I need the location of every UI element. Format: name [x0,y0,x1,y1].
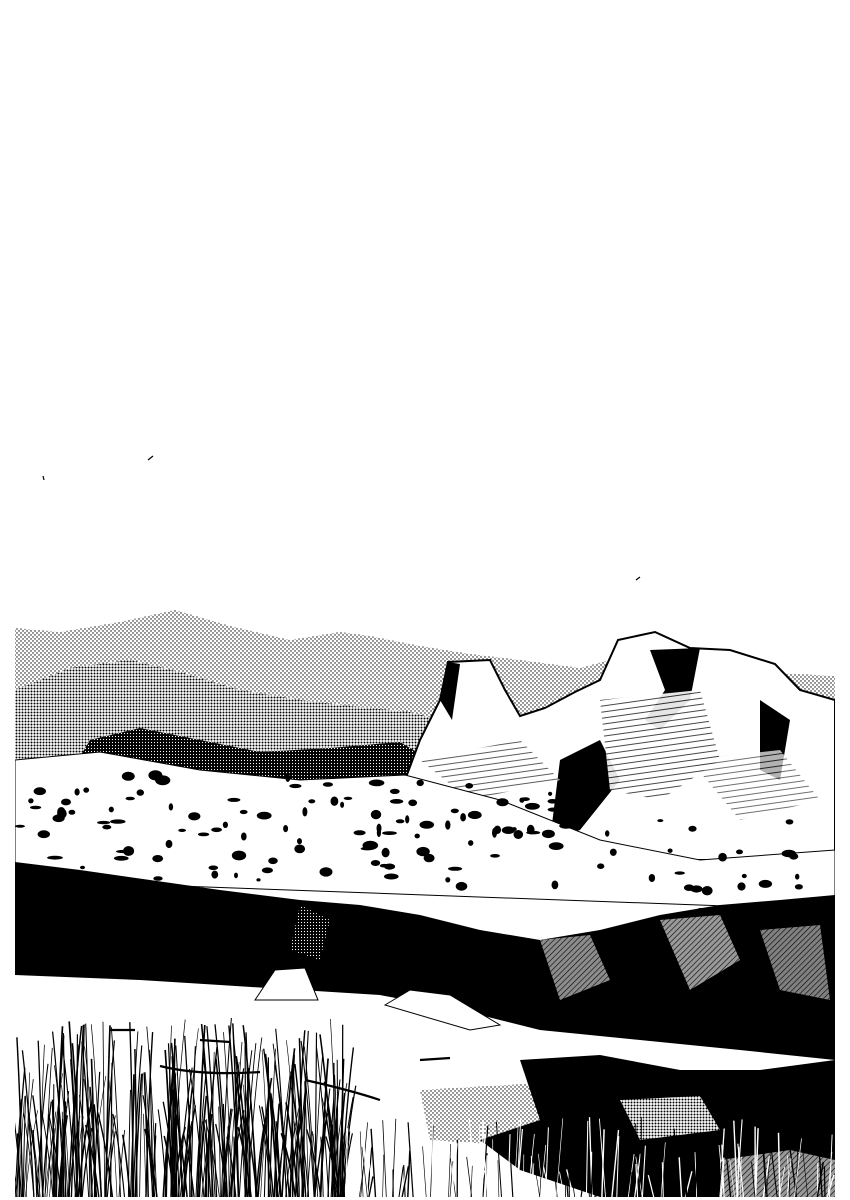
landscape-panel [0,0,850,1200]
manga-page: Wide desert landscape: empty sky, distan… [0,0,850,1200]
